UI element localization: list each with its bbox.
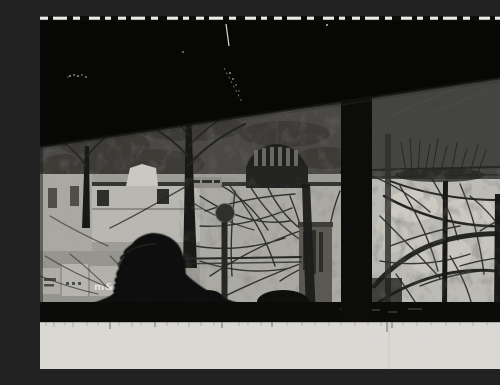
photo-canvas: m&M — [40, 16, 500, 369]
photograph: m&M — [40, 16, 500, 369]
film-grain-overlay — [40, 16, 500, 369]
